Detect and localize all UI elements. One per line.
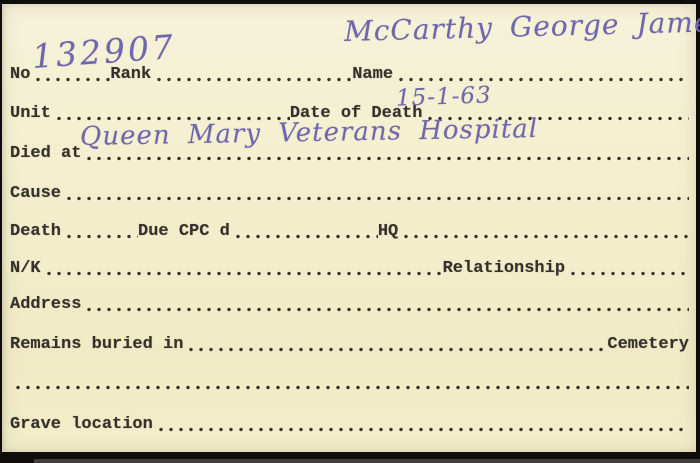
due-cpc-d-label: Due CPC d — [138, 222, 230, 242]
dotted-leader — [61, 196, 689, 201]
dotted-leader — [153, 427, 689, 432]
cemetery-label: Cemetery — [607, 335, 689, 355]
dotted-leader — [41, 271, 443, 276]
name-label: Name — [352, 65, 393, 85]
dotted-leader — [565, 271, 689, 276]
nk-label: N/K — [10, 259, 41, 279]
row-cause: Cause — [10, 184, 689, 204]
cause-label: Cause — [10, 184, 61, 204]
unit-label: Unit — [10, 104, 51, 124]
relationship-label: Relationship — [443, 259, 565, 279]
row-nk-relationship: N/K Relationship — [10, 259, 689, 279]
dotted-leader — [81, 307, 689, 312]
dotted-leader — [151, 77, 352, 82]
died-at-label: Died at — [10, 144, 81, 164]
handwritten-date-of-death: 15-1-63 — [396, 82, 493, 111]
handwritten-name: McCarthy George James — [344, 5, 700, 48]
dotted-leader — [230, 234, 378, 239]
row-death-due-cpc-hq: Death Due CPC d HQ — [10, 222, 689, 242]
death-label: Death — [10, 222, 61, 242]
dotted-leader — [393, 77, 689, 82]
hq-label: HQ — [378, 222, 398, 242]
row-remains-buried-cemetery: Remains buried in Cemetery — [10, 335, 689, 355]
death-record-index-card: No Rank Name Unit Date of Death Died at … — [2, 4, 696, 452]
dotted-leader — [183, 347, 607, 352]
dotted-leader — [10, 385, 689, 390]
no-label: No — [10, 65, 30, 85]
dotted-leader — [81, 156, 689, 161]
photo-edge-strip — [34, 459, 700, 463]
row-blank-dots — [10, 373, 689, 393]
grave-location-label: Grave location — [10, 415, 153, 435]
dotted-leader — [398, 234, 689, 239]
dotted-leader — [30, 77, 110, 82]
remains-buried-in-label: Remains buried in — [10, 335, 183, 355]
row-address: Address — [10, 295, 689, 315]
dotted-leader — [61, 234, 138, 239]
address-label: Address — [10, 295, 81, 315]
photo-background: No Rank Name Unit Date of Death Died at … — [0, 0, 700, 463]
row-grave-location: Grave location — [10, 415, 689, 435]
